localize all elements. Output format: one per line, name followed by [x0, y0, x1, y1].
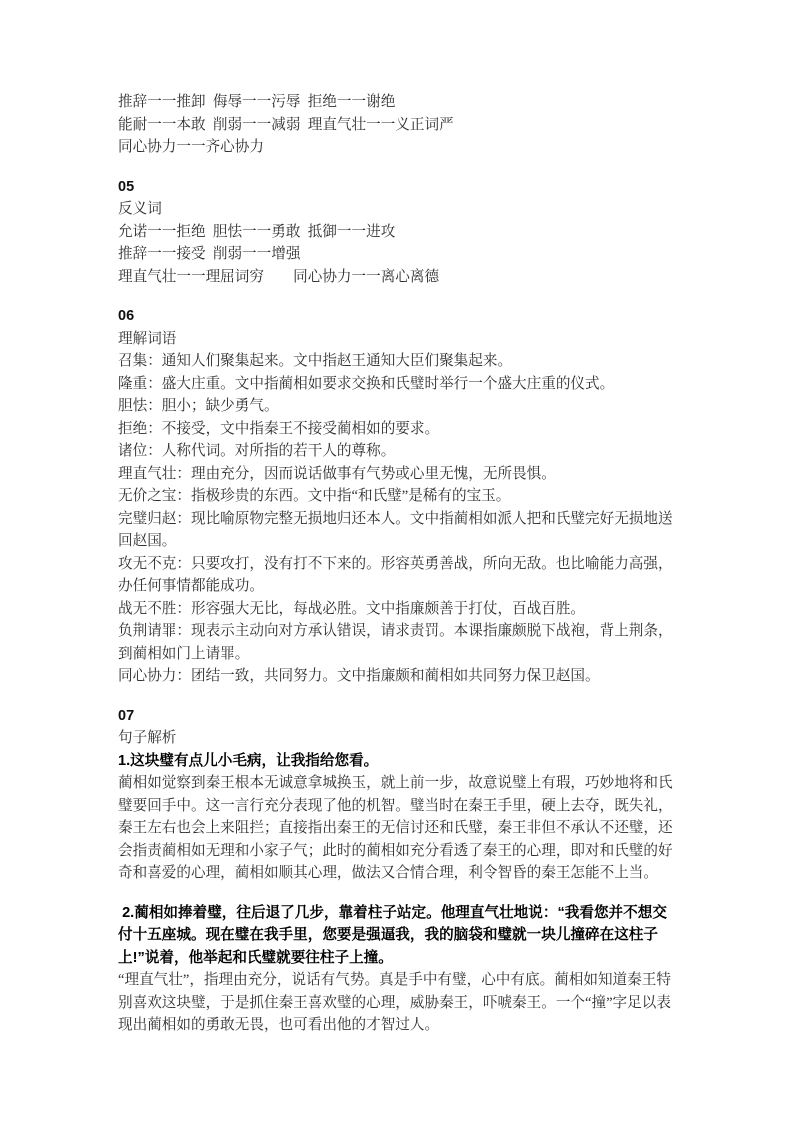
section-synonyms-continued: 推辞一一推卸 侮辱一一污辱 拒绝一一谢绝 能耐一一本敢 削弱一一减弱 理直气壮一…: [118, 91, 675, 159]
section-antonyms: 05 反义词 允诺一一拒绝 胆怯一一勇敢 抵御一一进攻 推辞一一接受 削弱一一增…: [118, 176, 675, 289]
word-meaning-entry: 诸位：人称代词。对所指的若干人的尊称。: [118, 440, 675, 463]
sentence-1-analysis: 蔺相如觉察到秦王根本无诚意拿城换玉，就上前一步，故意说璧上有瑕，巧妙地将和氏璧要…: [118, 772, 675, 885]
antonym-line: 允诺一一拒绝 胆怯一一勇敢 抵御一一进攻: [118, 221, 675, 244]
sentence-2-analysis: “理直气壮”，指理由充分，说话有气势。真是手中有璧，心中有底。蔺相如知道秦王特别…: [118, 969, 675, 1037]
section-word-meanings: 06 理解词语 召集：通知人们聚集起来。文中指赵王通知大臣们聚集起来。 隆重：盛…: [118, 305, 675, 688]
section-number-07: 07: [118, 705, 675, 728]
word-meaning-entry: 召集：通知人们聚集起来。文中指赵王通知大臣们聚集起来。: [118, 350, 675, 373]
word-meaning-entry: 无价之宝：指极珍贵的东西。文中指“和氏璧”是稀有的宝玉。: [118, 485, 675, 508]
word-meaning-entry: 完璧归赵：现比喻原物完整无损地归还本人。文中指蔺相如派人把和氏璧完好无损地送回赵…: [118, 508, 675, 553]
synonym-line: 同心协力一一齐心协力: [118, 136, 675, 159]
section-sentence-analysis: 07 句子解析 1.这块璧有点儿小毛病，让我指给您看。 蔺相如觉察到秦王根本无诚…: [118, 705, 675, 1037]
word-meaning-entry: 攻无不克：只要攻打，没有打不下来的。形容英勇善战，所向无敌。也比喻能力高强，办任…: [118, 553, 675, 598]
synonym-line: 能耐一一本敢 削弱一一减弱 理直气壮一一义正词严: [118, 114, 675, 137]
section-number-06: 06: [118, 305, 675, 328]
section-title-sentence-analysis: 句子解析: [118, 727, 675, 750]
analyzed-sentence-2: 2.蔺相如捧着璧，往后退了几步，靠着柱子站定。他理直气壮地说：“我看您并不想交付…: [118, 902, 675, 970]
word-meaning-entry: 理直气壮：理由充分，因而说话做事有气势或心里无愧，无所畏惧。: [118, 463, 675, 486]
synonym-line: 推辞一一推卸 侮辱一一污辱 拒绝一一谢绝: [118, 91, 675, 114]
word-meaning-entry: 拒绝：不接受，文中指秦王不接受蔺相如的要求。: [118, 418, 675, 441]
section-title-antonyms: 反义词: [118, 198, 675, 221]
antonym-line: 理直气壮一一理屈词穷 同心协力一一离心离德: [118, 266, 675, 289]
word-meaning-entry: 隆重：盛大庄重。文中指蔺相如要求交换和氏璧时举行一个盛大庄重的仪式。: [118, 373, 675, 396]
section-number-05: 05: [118, 176, 675, 199]
section-title-word-meanings: 理解词语: [118, 328, 675, 351]
document-page: 推辞一一推卸 侮辱一一污辱 拒绝一一谢绝 能耐一一本敢 削弱一一减弱 理直气壮一…: [0, 0, 793, 1122]
word-meaning-entry: 同心协力：团结一致，共同努力。文中指廉颇和蔺相如共同努力保卫赵国。: [118, 665, 675, 688]
analyzed-sentence-1: 1.这块璧有点儿小毛病，让我指给您看。: [118, 750, 675, 773]
word-meaning-entry: 负荆请罪：现表示主动向对方承认错误，请求责罚。本课指廉颇脱下战袍，背上荆条，到蔺…: [118, 620, 675, 665]
word-meaning-entry: 战无不胜：形容强大无比，每战必胜。文中指廉颇善于打仗，百战百胜。: [118, 598, 675, 621]
antonym-line: 推辞一一接受 削弱一一增强: [118, 243, 675, 266]
word-meaning-entry: 胆怯：胆小；缺少勇气。: [118, 395, 675, 418]
